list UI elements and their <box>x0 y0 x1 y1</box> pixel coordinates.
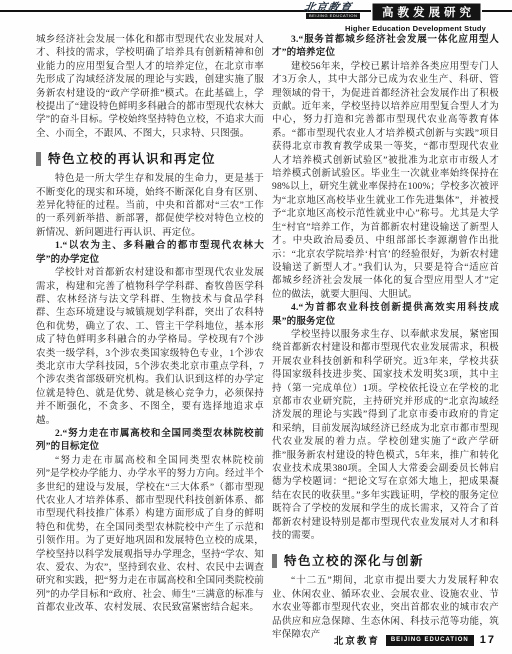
heading-bar-icon <box>36 152 41 166</box>
paragraph: 城乡经济社会发展一体化和都市型现代农业发展对人才、科技的需求，学校明确了培养具有… <box>36 34 264 141</box>
text-column-right: 3.“服务首都城乡经济社会发展一体化应用型人才”的培养定位建校56年来，学校已累… <box>272 34 499 642</box>
page-number: 17 <box>480 634 496 646</box>
paragraph: 特色是一所大学生存和发展的生命力，更是基于不断变化的现实和环境，始终不断深化自身… <box>36 173 264 240</box>
sub-heading: 2.“努力走在市属高校和全国同类型农林院校前列”的目标定位 <box>36 428 264 455</box>
sub-heading: 1.“以农为主、多科融合的都市型现代农林大学”的办学定位 <box>36 240 264 267</box>
journal-logo-subtext: BEIJING EDUCATION <box>306 13 360 19</box>
footer-journal-name: 北京教育 <box>334 633 380 647</box>
heading-bar-icon <box>272 554 277 568</box>
footer-journal-badge: BEIJING EDUCATION <box>386 635 474 646</box>
section-banner-title: 高教发展研究 <box>378 4 475 20</box>
section-heading-text: 特色立校的再认识和再定位 <box>48 153 216 166</box>
section-banner: 高教发展研究 <box>371 2 482 22</box>
sub-heading: 4.“为首都农业科技创新提供高效实用科技成果”的服务定位 <box>272 302 499 329</box>
text-column-left: 城乡经济社会发展一体化和都市型现代农业发展对人才、科技的需求，学校明确了培养具有… <box>36 34 264 616</box>
section-banner-subtitle: Higher Education Development Study <box>310 24 486 33</box>
journal-page: 北京教育 BEIJING EDUCATION 高教发展研究 Higher Edu… <box>0 0 512 654</box>
section-heading: 特色立校的再认识和再定位 <box>36 152 264 166</box>
sub-heading: 3.“服务首都城乡经济社会发展一体化应用型人才”的培养定位 <box>272 34 499 61</box>
paragraph: 建校56年来，学校已累计培养各类应用型专门人才3万余人，其中大部分已成为农业生产… <box>272 61 499 302</box>
section-heading: 特色立校的深化与创新 <box>272 554 499 568</box>
paragraph: “努力走在市属高校和全国同类型农林院校前列”是学校办学能力、办学水平的努力方向。… <box>36 455 264 616</box>
page-footer: 北京教育 BEIJING EDUCATION 17 <box>334 633 496 647</box>
paragraph: 学校针对首都新农村建设和都市型现代农业发展需求，构建和完善了植物科学学科群、畜牧… <box>36 267 264 428</box>
section-heading-text: 特色立校的深化与创新 <box>284 555 424 568</box>
paragraph: 学校坚持以服务求生存、以奉献求发展，紧密围绕首都新农村建设和都市型现代农业发展需… <box>272 329 499 544</box>
